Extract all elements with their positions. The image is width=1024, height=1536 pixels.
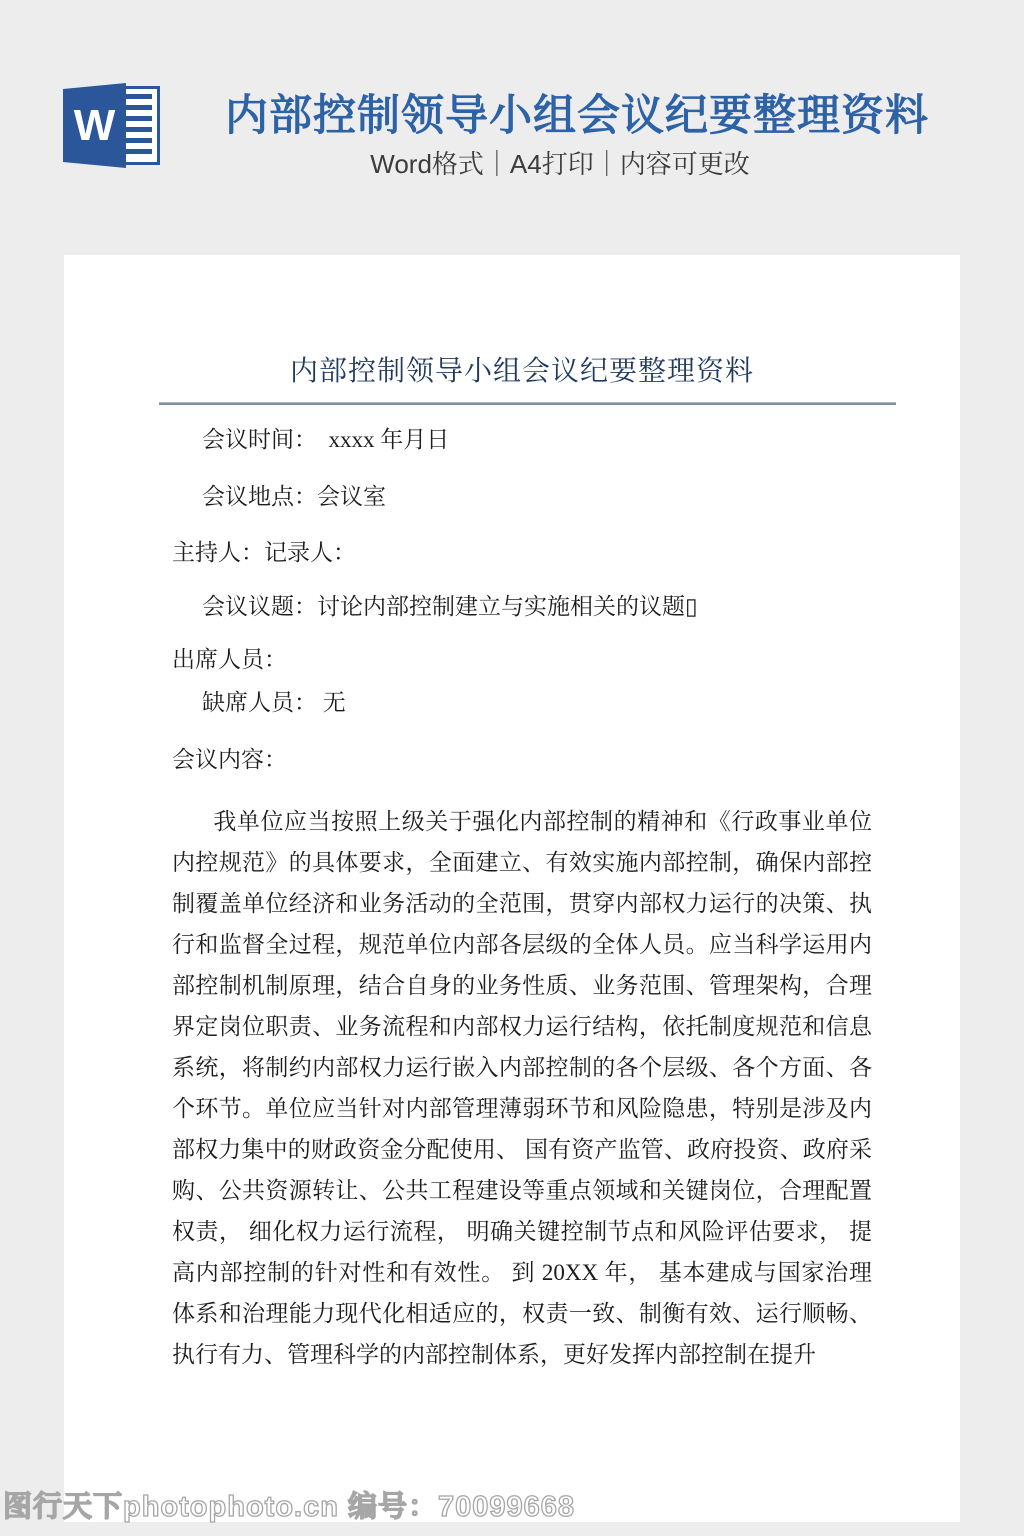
word-file-icon: W xyxy=(63,83,160,168)
page-root: W 内部控制领导小组会议纪要整理资料 Word格式｜A4打印｜内容可更改 内部控… xyxy=(0,0,1024,1536)
word-icon-panel: W xyxy=(63,83,126,168)
title-divider xyxy=(159,402,896,405)
page-title: 内部控制领导小组会议纪要整理资料 xyxy=(225,92,895,140)
document-page: 内部控制领导小组会议纪要整理资料 会议时间： xxxx 年月日 会议地点：会议室… xyxy=(64,255,960,1522)
meta-line-host-recorder: 主持人：记录人： xyxy=(172,532,872,574)
meta-line-attendees: 出席人员： xyxy=(172,639,872,681)
meta-line-absentees: 缺席人员： 无 xyxy=(172,682,872,724)
watermark: 图行天下photophoto.cn 编号：70099668 xyxy=(3,1484,575,1525)
meta-line-meeting-content: 会议内容： xyxy=(172,739,872,781)
header: W 内部控制领导小组会议纪要整理资料 Word格式｜A4打印｜内容可更改 xyxy=(0,0,1024,255)
meta-line-meeting-time: 会议时间： xxxx 年月日 xyxy=(172,419,872,461)
document-content: 内部控制领导小组会议纪要整理资料 会议时间： xxxx 年月日 会议地点：会议室… xyxy=(64,255,960,1375)
document-title: 内部控制领导小组会议纪要整理资料 xyxy=(172,352,872,392)
word-icon-letter: W xyxy=(74,104,116,148)
header-text-block: 内部控制领导小组会议纪要整理资料 Word格式｜A4打印｜内容可更改 xyxy=(225,92,895,179)
document-body-paragraph: 我单位应当按照上级关于强化内部控制的精神和《行政事业单位内控规范》的具体要求，全… xyxy=(172,801,872,1375)
meta-line-meeting-place: 会议地点：会议室 xyxy=(172,476,872,518)
meta-line-meeting-topic: 会议议题：讨论内部控制建立与实施相关的议题▯ xyxy=(172,586,872,628)
page-subtitle: Word格式｜A4打印｜内容可更改 xyxy=(225,149,895,179)
